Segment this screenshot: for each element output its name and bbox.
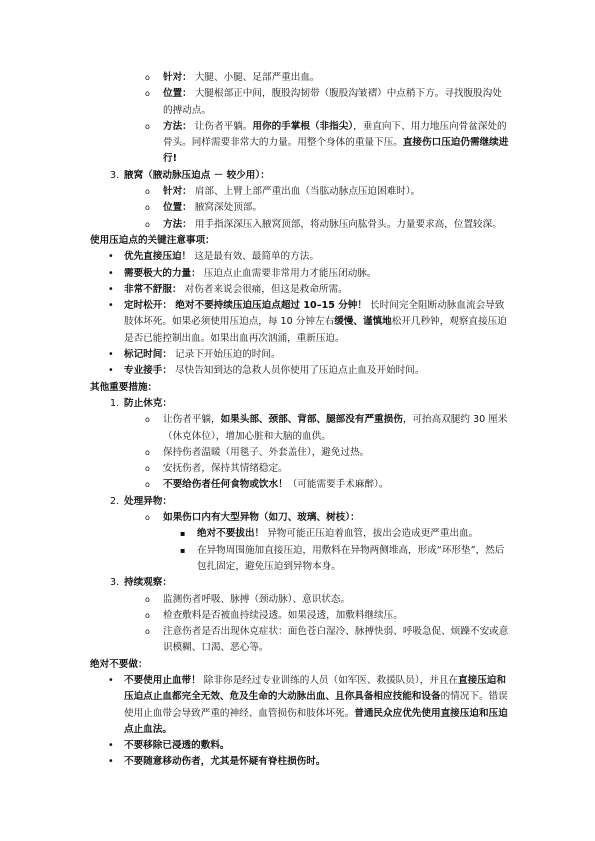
numbered-heading: 3.持续观察： [90,575,510,591]
square-bullet-icon: ▪ [180,526,185,542]
list-item: • 优先直接压迫！ 这是最有效、最简单的方法。 [90,249,510,265]
list-item: • 不要随意移动伤者，尤其是怀疑有脊柱损伤时。 [90,754,510,770]
circle-bullet-icon: o [145,608,150,624]
numbered-heading: 1.防止休克： [90,396,510,412]
circle-bullet-icon: o [145,412,150,428]
list-item: o 不要给伤者任何食物或饮水！（可能需要手术麻醉）。 [90,477,510,493]
disc-bullet-icon: • [108,298,114,314]
circle-bullet-icon: o [145,461,150,477]
circle-bullet-icon: o [145,70,150,86]
list-item: o 注意伤者是否出现休克症状：面色苍白湿冷、脉搏快弱、呼吸急促、烦躁不安或意识模… [90,624,510,657]
numbered-heading: 3.腋窝（腋动脉压迫点 － 较少用）： [90,168,510,184]
disc-bullet-icon: • [108,754,114,770]
list-item: • 不要移除已浸透的敷料。 [90,738,510,754]
section-heading: 绝对不要做： [90,657,510,673]
circle-bullet-icon: o [145,200,150,216]
circle-bullet-icon: o [145,624,150,640]
document-page: o 针对： 大腿、小腿、足部严重出血。 o 位置： 大腿根部正中间，腹股沟韧带（… [90,70,510,771]
list-item: o 让伤者平躺，如果头部、颈部、背部、腿部没有严重损伤，可抬高双腿约 30 厘米… [90,412,510,445]
circle-bullet-icon: o [145,86,150,102]
list-item: o 位置： 腋窝深处顶部。 [90,200,510,216]
disc-bullet-icon: • [108,249,114,265]
disc-bullet-icon: • [108,363,114,379]
circle-bullet-icon: o [145,477,150,493]
list-item: • 需要极大的力量： 压迫点止血需要非常用力才能压闭动脉。 [90,266,510,282]
list-item: o 如果伤口内有大型异物（如刀、玻璃、树枝）： [90,510,510,526]
section-heading: 使用压迫点的关键注意事项： [90,233,510,249]
list-item: o 位置： 大腿根部正中间，腹股沟韧带（腹股沟皱褶）中点稍下方。寻找腹股沟处的搏… [90,86,510,119]
list-item: o 安抚伤者，保持其情绪稳定。 [90,461,510,477]
list-item: o 保持伤者温暖（用毯子、外套盖住），避免过热。 [90,445,510,461]
list-item: o 针对： 肩部、上臂上部严重出血（当肱动脉点压迫困难时）。 [90,184,510,200]
numbered-heading: 2.处理异物： [90,494,510,510]
list-item: • 专业接手： 尽快告知到达的急救人员你使用了压迫点止血及开始时间。 [90,363,510,379]
disc-bullet-icon: • [108,266,114,282]
list-item: o 检查敷料是否被血持续浸透。如果浸透，加敷料继续压。 [90,608,510,624]
disc-bullet-icon: • [108,282,114,298]
circle-bullet-icon: o [145,119,150,135]
list-item: o 监测伤者呼吸、脉搏（颈动脉）、意识状态。 [90,592,510,608]
list-item: o 方法： 用手指深深压入腋窝顶部，将动脉压向肱骨头。力量要求高，位置较深。 [90,217,510,233]
circle-bullet-icon: o [145,445,150,461]
list-item: • 非常不舒服： 对伤者来说会很痛，但这是救命所需。 [90,282,510,298]
list-item: • 不要使用止血带！ 除非你是经过专业训练的人员（如军医、救援队员），并且在直接… [90,673,510,738]
disc-bullet-icon: • [108,738,114,754]
circle-bullet-icon: o [145,217,150,233]
section-heading: 其他重要措施： [90,380,510,396]
circle-bullet-icon: o [145,184,150,200]
square-bullet-icon: ▪ [180,543,185,559]
disc-bullet-icon: • [108,673,114,689]
disc-bullet-icon: • [108,347,114,363]
list-item: o 方法： 让伤者平躺。用你的手掌根（非指尖），垂直向下、用力地压向骨盆深处的骨… [90,119,510,168]
circle-bullet-icon: o [145,592,150,608]
circle-bullet-icon: o [145,510,150,526]
list-item: ▪ 绝对不要拔出！ 异物可能正压迫着血管，拔出会造成更严重出血。 [90,526,510,542]
list-item: • 定时松开： 绝对不要持续压迫压迫点超过 10–15 分钟！ 长时间完全阻断动… [90,298,510,347]
list-item: • 标记时间： 记录下开始压迫的时间。 [90,347,510,363]
list-item: o 针对： 大腿、小腿、足部严重出血。 [90,70,510,86]
list-item: ▪ 在异物周围施加直接压迫，用敷料在异物两侧堆高，形成“环形垫”，然后包扎固定，… [90,543,510,576]
